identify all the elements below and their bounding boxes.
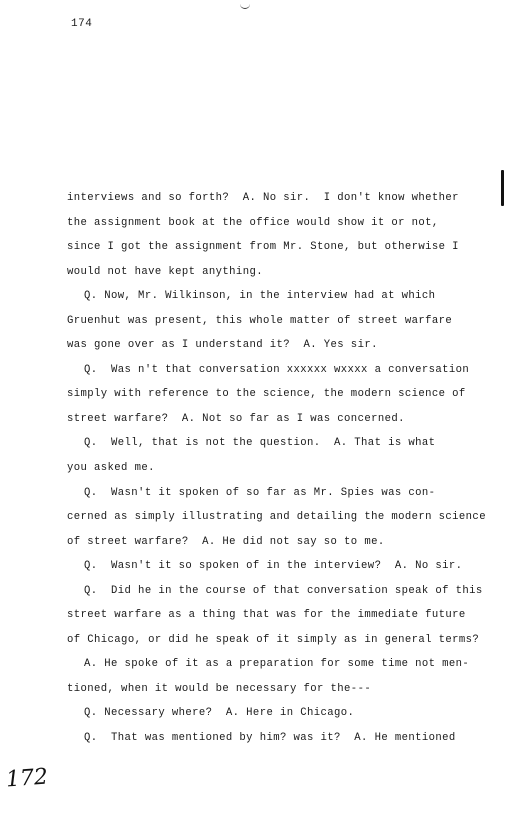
transcript-line: would not have kept anything. [67,260,487,285]
margin-bracket [501,170,504,206]
transcript-line: was gone over as I understand it? A. Yes… [67,333,487,358]
transcript-body: interviews and so forth? A. No sir. I do… [67,186,487,751]
transcript-line: tioned, when it would be necessary for t… [67,677,487,702]
transcript-line: Q. Necessary where? A. Here in Chicago. [67,701,487,726]
transcript-line: you asked me. [67,456,487,481]
top-mark [240,4,250,9]
transcript-line: street warfare as a thing that was for t… [67,603,487,628]
transcript-line: of Chicago, or did he speak of it simply… [67,628,487,653]
transcript-line: Q. Wasn't it so spoken of in the intervi… [67,554,487,579]
transcript-line: of street warfare? A. He did not say so … [67,530,487,555]
transcript-line: Q. Well, that is not the question. A. Th… [67,431,487,456]
transcript-line: A. He spoke of it as a preparation for s… [67,652,487,677]
transcript-line: street warfare? A. Not so far as I was c… [67,407,487,432]
page-number: 174 [71,18,92,30]
transcript-line: Q. Was n't that conversation xxxxxx wxxx… [67,358,487,383]
transcript-line: Q. Wasn't it spoken of so far as Mr. Spi… [67,481,487,506]
transcript-line: since I got the assignment from Mr. Ston… [67,235,487,260]
transcript-line: Gruenhut was present, this whole matter … [67,309,487,334]
transcript-line: Q. Did he in the course of that conversa… [67,579,487,604]
transcript-line: cerned as simply illustrating and detail… [67,505,487,530]
transcript-line: simply with reference to the science, th… [67,382,487,407]
transcript-line: Q. Now, Mr. Wilkinson, in the interview … [67,284,487,309]
transcript-line: the assignment book at the office would … [67,211,487,236]
handwritten-page-number: 172 [5,765,49,793]
transcript-line: interviews and so forth? A. No sir. I do… [67,186,487,211]
transcript-line: Q. That was mentioned by him? was it? A.… [67,726,487,751]
